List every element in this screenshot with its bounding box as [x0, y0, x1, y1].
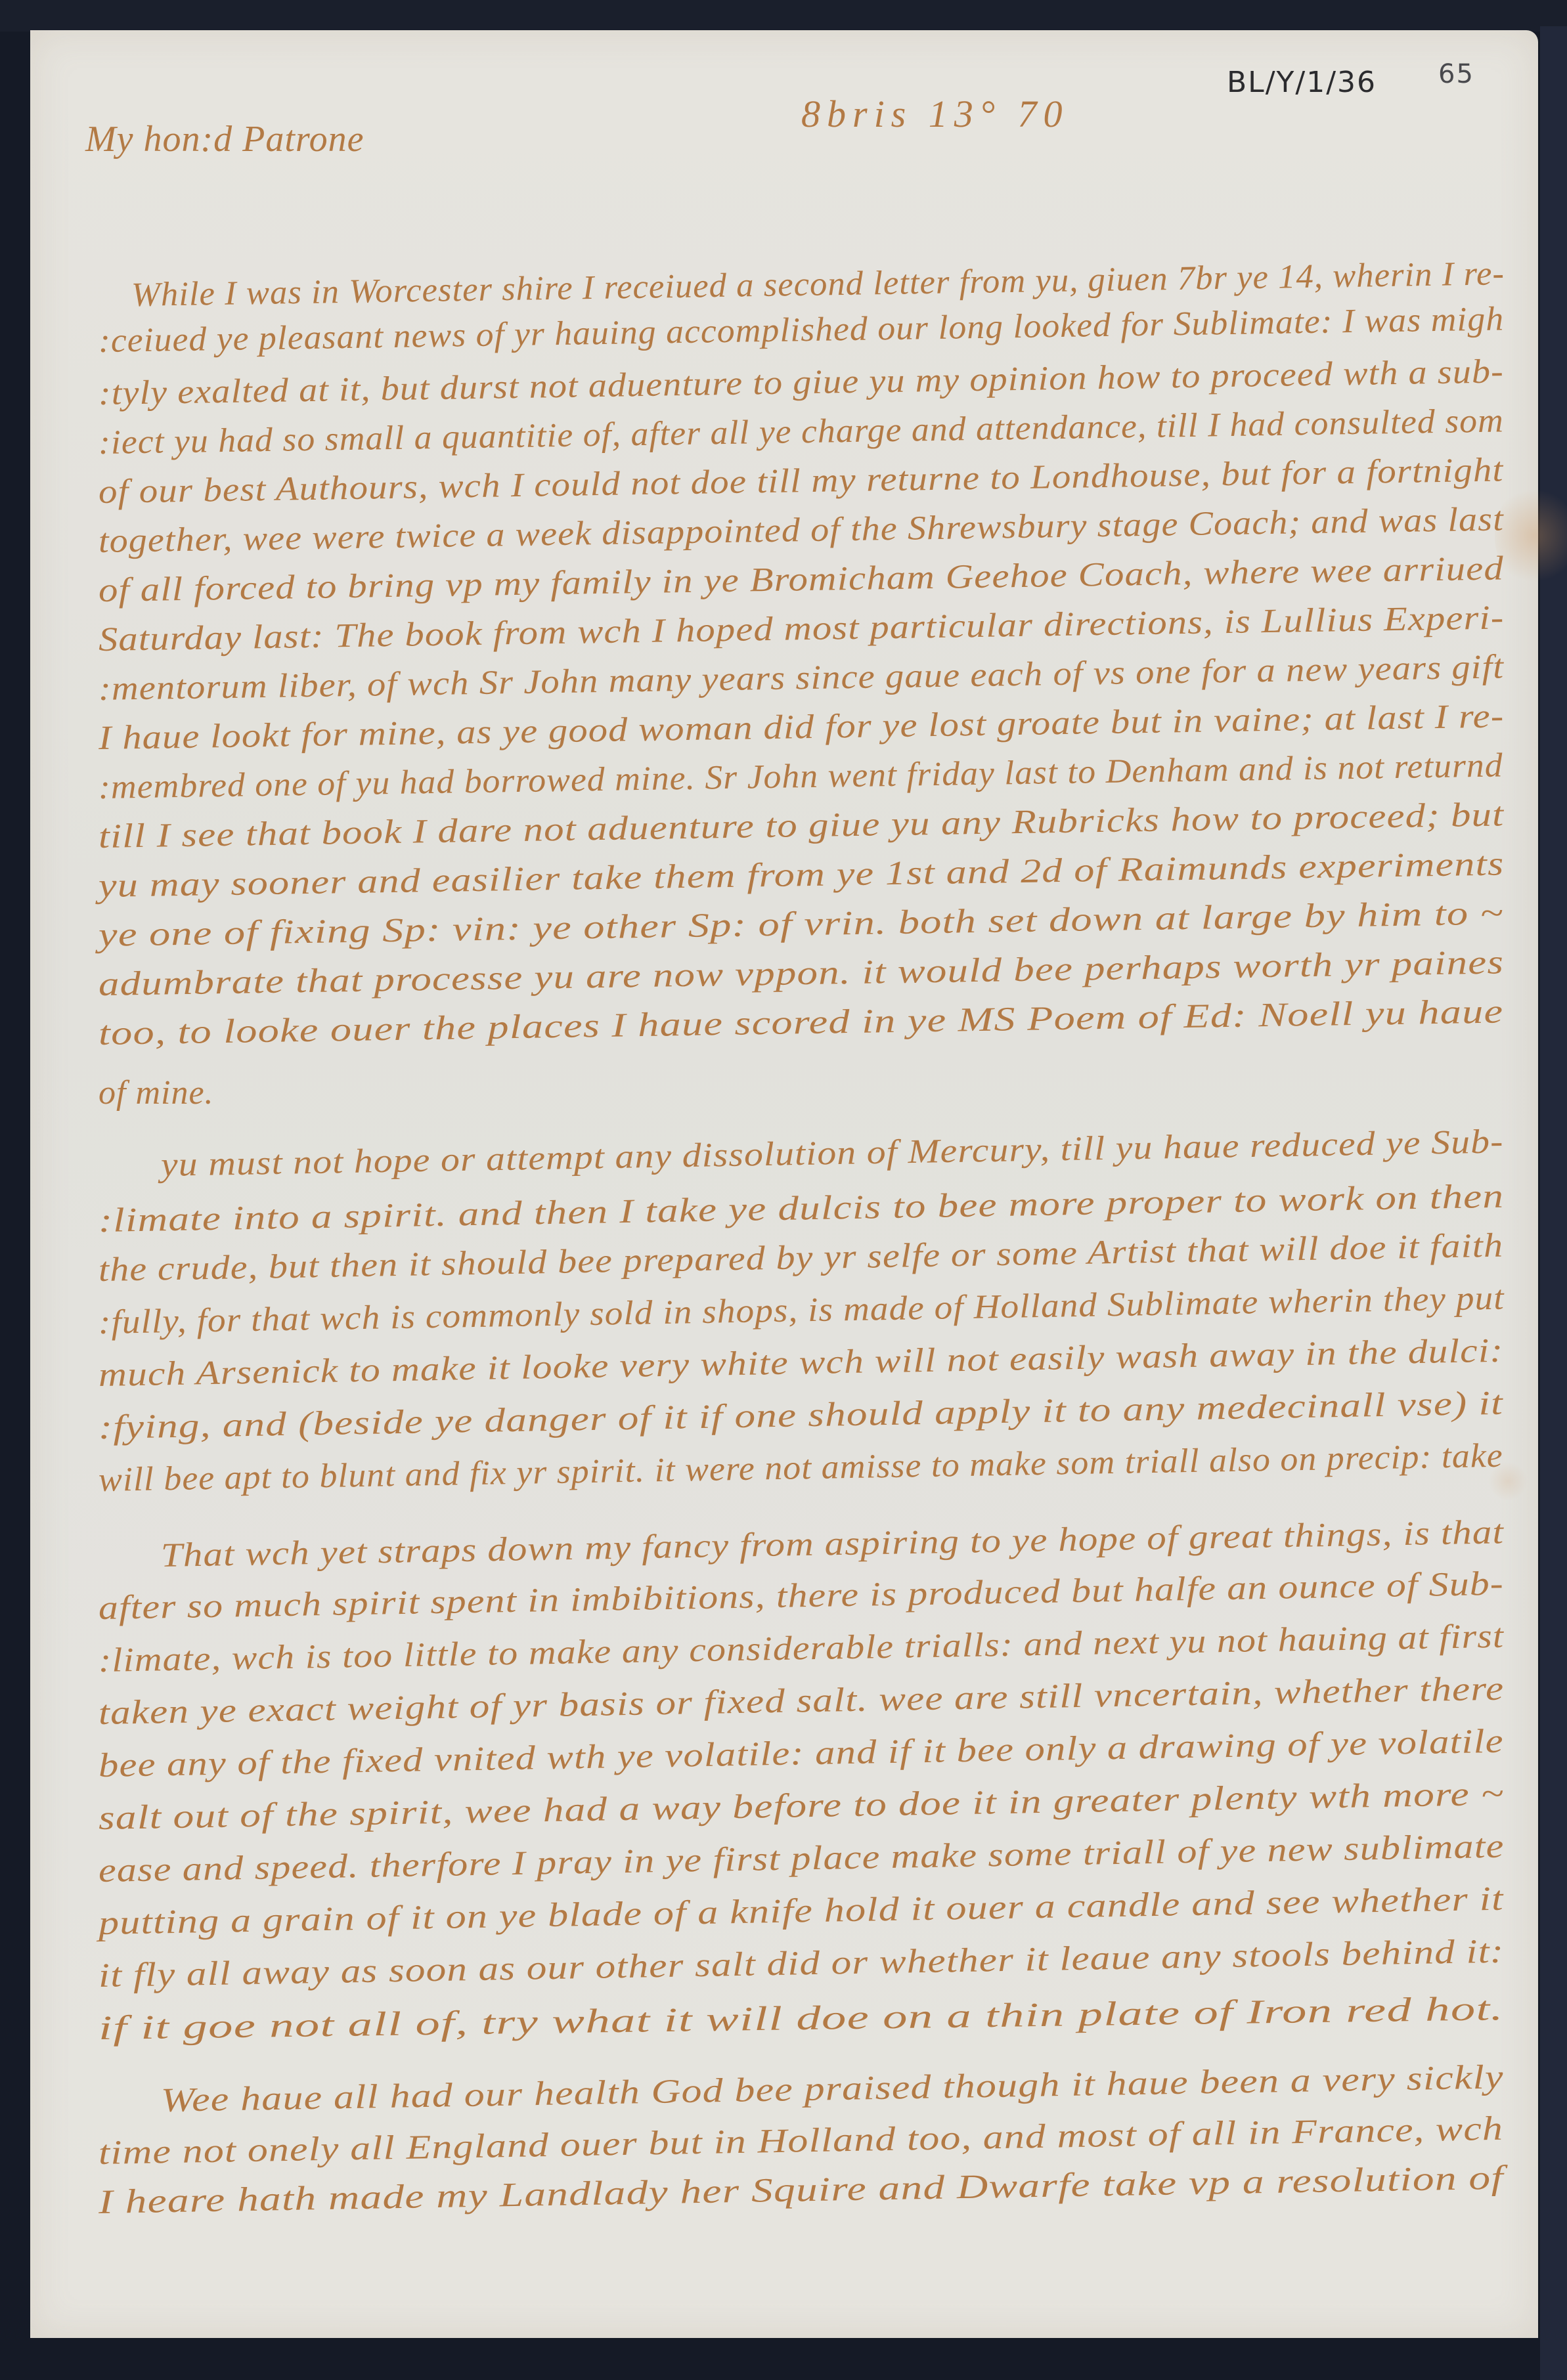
manuscript-line: of mine. [99, 1073, 214, 1112]
salutation: My hon:d Patrone [85, 118, 364, 160]
binding-edge [1540, 26, 1567, 2380]
folio-number: 65 [1438, 59, 1474, 89]
letter-date: 8bris 13° 70 [801, 92, 1069, 136]
catalog-reference: BL/Y/1/36 [1227, 66, 1377, 99]
ink-stain [1495, 483, 1567, 588]
dark-backdrop [0, 0, 1567, 32]
